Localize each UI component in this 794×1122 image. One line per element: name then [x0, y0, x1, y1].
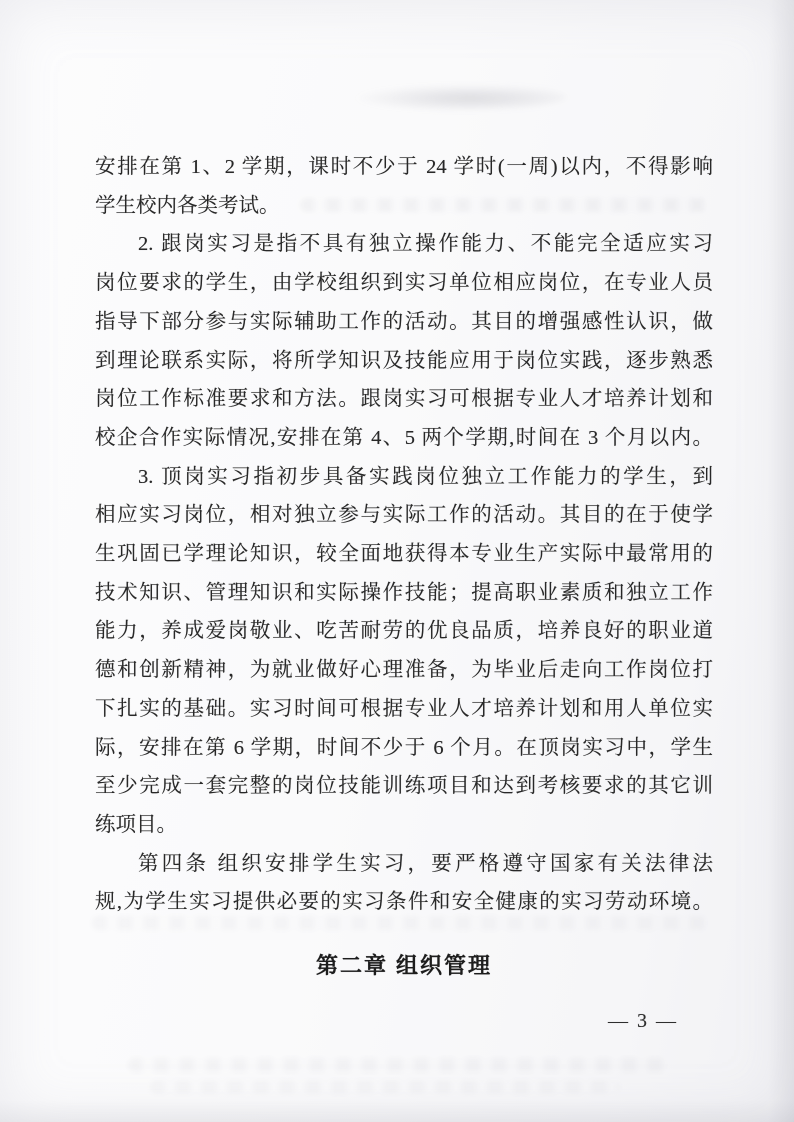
text-line: 到理论联系实际，将所学知识及技能应用于岗位实践，逐步熟悉	[95, 342, 713, 381]
text-line: 德和创新精神，为就业做好心理准备，为毕业后走向工作岗位打	[95, 651, 713, 690]
text-line: 第四条 组织安排学生实习，要严格遵守国家有关法律法	[95, 845, 713, 884]
paragraph-article-4: 第四条 组织安排学生实习，要严格遵守国家有关法律法 规,为学生实习提供必要的实习…	[95, 845, 713, 922]
text-line: 生巩固已学理论知识，较全面地获得本专业生产实际中最常用的	[95, 535, 713, 574]
scan-bleedthrough-row	[150, 1080, 620, 1094]
paragraph-item-2-genggang: 2. 跟岗实习是指不具有独立操作能力、不能完全适应实习 岗位要求的学生，由学校组…	[95, 225, 713, 457]
text-line: 际，安排在第 6 学期，时间不少于 6 个月。在顶岗实习中，学生	[95, 729, 713, 768]
text-line: 校企合作实际情况,安排在第 4、5 两个学期,时间在 3 个月以内。	[95, 419, 713, 458]
text-line: 岗位工作标准要求和方法。跟岗实习可根据专业人才培养计划和	[95, 380, 713, 419]
document-page: 安排在第 1、2 学期，课时不少于 24 学时(一周)以内，不得影响 学生校内各…	[0, 0, 794, 1122]
text-line: 指导下部分参与实际辅助工作的活动。其目的增强感性认识，做	[95, 303, 713, 342]
text-line: 学生校内各类考试。	[95, 187, 713, 226]
text-line: 3. 顶岗实习指初步具备实践岗位独立工作能力的学生，到	[95, 458, 713, 497]
text-line: 2. 跟岗实习是指不具有独立操作能力、不能完全适应实习	[95, 225, 713, 264]
chapter-heading: 第二章 组织管理	[95, 949, 713, 980]
scan-edge-shadow-bottom	[0, 1100, 794, 1122]
scan-bleedthrough-row	[128, 1058, 668, 1072]
text-line: 下扎实的基础。实习时间可根据专业人才培养计划和用人单位实	[95, 690, 713, 729]
text-line: 至少完成一套完整的岗位技能训练项目和达到考核要求的其它训	[95, 767, 713, 806]
scan-edge-shadow-right	[768, 0, 794, 1122]
paragraph-intro-continuation: 安排在第 1、2 学期，课时不少于 24 学时(一周)以内，不得影响 学生校内各…	[95, 148, 713, 225]
scan-smudge-top	[352, 84, 567, 110]
document-body: 安排在第 1、2 学期，课时不少于 24 学时(一周)以内，不得影响 学生校内各…	[95, 148, 713, 980]
text-line: 练项目。	[95, 806, 713, 845]
text-line: 相应实习岗位，相对独立参与实际工作的活动。其目的在于使学	[95, 496, 713, 535]
text-line: 安排在第 1、2 学期，课时不少于 24 学时(一周)以内，不得影响	[95, 148, 713, 187]
text-line: 岗位要求的学生，由学校组织到实习单位相应岗位，在专业人员	[95, 264, 713, 303]
text-line: 能力，养成爱岗敬业、吃苦耐劳的优良品质，培养良好的职业道	[95, 612, 713, 651]
text-line: 规,为学生实习提供必要的实习条件和安全健康的实习劳动环境。	[95, 883, 713, 922]
page-number: — 3 —	[608, 1010, 678, 1033]
text-line: 技术知识、管理知识和实际操作技能；提高职业素质和独立工作	[95, 574, 713, 613]
paragraph-item-3-dinggang: 3. 顶岗实习指初步具备实践岗位独立工作能力的学生，到 相应实习岗位，相对独立参…	[95, 458, 713, 845]
